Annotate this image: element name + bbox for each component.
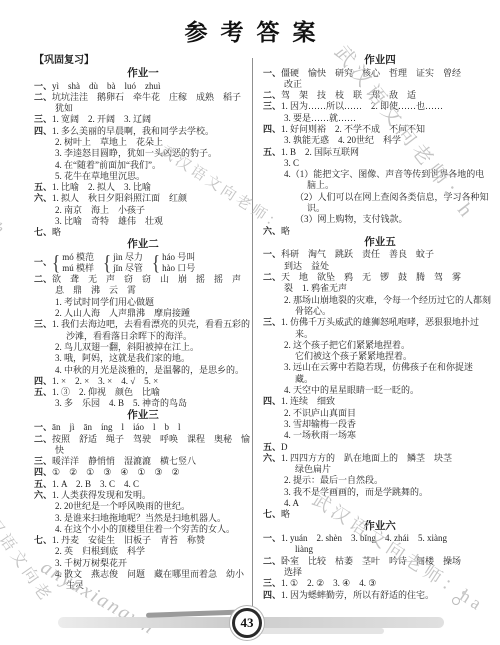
- answer-text: 按照 舒适 绳子 驾驶 呼唤 课程 奥秘 愉: [52, 434, 250, 444]
- answer-text: 裂 1. 鸦雀无声: [284, 283, 347, 293]
- answer-text: 2. 鸟儿双翅一翻，斜阳被掉在江上。: [55, 342, 199, 352]
- answer-text: 3. 哦，阿妈，这就是我们家的地。: [55, 353, 190, 363]
- answer-line: 2. 那场山崩地裂的灾难，令每一个经历过它的人都刻: [263, 295, 497, 306]
- answer-text: 4.（1）能把文字、图像、声音等传到世界各地的电: [284, 169, 484, 179]
- item-marker: 二、: [34, 434, 52, 444]
- brace-glyph: {: [103, 256, 111, 270]
- answer-line: 三、1. 仿佛千万头威武的雄狮怒吼咆哮，恶狠狠地扑过: [263, 317, 497, 328]
- answer-text: ān jì ān íng l iáo l b l: [52, 422, 181, 432]
- answer-text: 2. 南京 海上 小孩子: [55, 205, 145, 215]
- answer-text: liàng: [295, 544, 313, 554]
- answer-line: 生灵: [34, 580, 252, 591]
- answer-text: 1. 丹麦 安徒生 旧板子 青苔 称赞: [52, 535, 205, 545]
- answer-text: 1. 好问则裕 2. 不学不成 不问不知: [281, 124, 425, 134]
- answer-line: 绿色扁片: [263, 464, 497, 475]
- answer-line: （2）人们可以在网上查阅各类信息，学习各种知: [263, 192, 497, 203]
- answer-text: 到达 益处: [284, 261, 329, 271]
- answer-text: 改正: [284, 79, 302, 89]
- answer-line: 一、ān jì ān íng l iáo l b l: [34, 422, 252, 433]
- answer-text: 3. 要是……就……: [284, 113, 356, 123]
- answer-text: 1. ③ 2. 仰视 颜色 比喻: [52, 387, 160, 397]
- answer-line: 五、1. 比喻 2. 拟人 3. 比喻: [34, 182, 252, 193]
- answer-line: 三、暖洋洋 静悄悄 湿漉漉 横七竖八: [34, 456, 252, 467]
- answer-line: 2. 提示：最后一自然段。: [263, 475, 497, 486]
- item-marker: 四、: [34, 467, 52, 477]
- answer-line: 4. 中秋的月光是淡雅的，是温馨的，是思乡的。: [34, 365, 252, 376]
- answer-text: 4. 中秋的月光是淡雅的，是温馨的，是思乡的。: [55, 365, 244, 375]
- footer-dot-large: [452, 597, 460, 605]
- answer-text: 4. A: [284, 498, 299, 508]
- item-marker: 七、: [34, 535, 52, 545]
- answer-line: 2. 人山人海 人声鼎沸 摩肩接踵: [34, 308, 252, 319]
- answer-line: 3. 雪却输梅一段香: [263, 419, 497, 430]
- answer-text: 1. A 2. B 3. C 4. C: [52, 479, 139, 489]
- answer-text: 略: [281, 226, 290, 236]
- section-title: 作业六: [263, 521, 497, 534]
- item-marker: 一、: [34, 257, 52, 268]
- item-marker: 四、: [263, 124, 281, 134]
- answer-text: 3. C: [284, 158, 299, 168]
- answer-text: 1. 仿佛千万头威武的雄狮怒吼咆哮，恶狠狠地扑过: [281, 317, 479, 327]
- answer-line: 4. 在这个小小的顶楼里住着一个穷苦的女人。: [34, 524, 252, 535]
- answer-line: 3. 比喻 奇特 雄伟 壮观: [34, 216, 252, 227]
- item-marker: 一、: [263, 533, 281, 543]
- answer-text: 沙滩，看看落日余晖下的海洋。: [66, 331, 192, 341]
- item-marker: 二、: [263, 556, 281, 566]
- answer-line: 它们被这个孩子紧紧地捏着。: [263, 351, 497, 362]
- answer-line: 沙滩，看看落日余晖下的海洋。: [34, 331, 252, 342]
- answer-text: 3. 千树万树梨花开: [55, 558, 127, 568]
- answer-text: ① ② ① ③ ④ ① ③ ②: [52, 467, 180, 477]
- answer-line: 3. 千树万树梨花开: [34, 558, 252, 569]
- answer-line: 3. 哦，阿妈，这就是我们家的地。: [34, 353, 252, 364]
- item-marker: 三、: [263, 101, 281, 111]
- answer-text: 1. 比喻 2. 拟人 3. 比喻: [52, 182, 151, 192]
- answer-text: 2. 20世纪是一个呼风唤雨的世纪。: [55, 501, 190, 511]
- answer-line: 骨铭心。: [263, 306, 497, 317]
- answer-line: 4. 一场秋雨一场寒: [263, 430, 497, 441]
- answer-line: 六、1. 人类获得发现和发明。: [34, 490, 252, 501]
- answer-line: 1. 考试时同学们用心做题: [34, 297, 252, 308]
- answer-line: 二、欲 聋 无 声 窃 窃 山 崩 摇 摇 声: [34, 274, 252, 285]
- answer-line: 改正: [263, 79, 497, 90]
- pinyin-pair: {háo 号叫hào 口号: [152, 252, 195, 274]
- answer-text: 卧室 比较 枯萎 茎叶 吟诗 阁楼 操场: [281, 556, 461, 566]
- answer-line: 一、1. yuán 2. shèn 3. bǐng 4. zhái 5. xià…: [263, 533, 497, 544]
- answer-line: 4. A: [263, 498, 497, 509]
- answer-text: 2. 不识庐山真面目: [284, 408, 356, 418]
- answer-line: 二、天 地 欲坠 鸦 无 锣 鼓 腾 驾 雾: [263, 272, 497, 283]
- answer-line: 三、1. ① 2. ② 3. ④ 4. ③: [263, 578, 497, 589]
- item-marker: 三、: [263, 578, 281, 588]
- answer-text: 选择: [284, 567, 302, 577]
- answer-line: 三、1. 因为……所以…… 2. 即使……也……: [263, 101, 497, 112]
- item-marker: 六、: [263, 226, 281, 236]
- item-marker: 二、: [263, 272, 281, 282]
- answer-text: 3. 孰能无惑 4. 20世纪 科学: [284, 135, 401, 145]
- review-section-header: 【巩固复习】: [34, 55, 252, 67]
- answer-line: 七、略: [34, 227, 252, 238]
- answer-line: 四、1. 多么美丽的早晨啊，我和同学去学校。: [34, 126, 252, 137]
- answer-text: D: [281, 442, 288, 452]
- watermark-text: angwh: [0, 196, 8, 240]
- answer-line: 识。: [263, 203, 497, 214]
- answer-text: 2. 树叶上 草地上 花朵上: [55, 137, 163, 147]
- answer-text: 3. 比喻 奇特 雄伟 壮观: [55, 216, 163, 226]
- answer-line: 四、① ② ① ③ ④ ① ③ ②: [34, 467, 252, 478]
- answer-text: yì shà dù bà luó zhuì: [52, 81, 161, 91]
- answer-line: 快: [34, 445, 252, 456]
- section-title: 作业一: [34, 68, 252, 81]
- item-marker: 四、: [34, 126, 52, 136]
- answer-text: 1. yuán 2. shèn 3. bǐng 4. zhái 5. xiàng: [281, 533, 447, 543]
- answer-line: 五、1. ③ 2. 仰视 颜色 比喻: [34, 387, 252, 398]
- brace-glyph: {: [52, 256, 60, 270]
- answer-line: 三、1. 我们去海边吧，去看看漂亮的贝壳，看看五彩的: [34, 319, 252, 330]
- item-marker: 六、: [34, 193, 52, 203]
- item-marker: 五、: [34, 387, 52, 397]
- answer-text: 驾 架 技 枝 联 郑 敌 适: [281, 90, 416, 100]
- answer-line: 一、{mó 模范mú 模样{jìn 尽力jǐn 尽管{háo 号叫hào 口号: [34, 251, 252, 274]
- answer-text: 脑上。: [307, 180, 334, 190]
- answer-line: 五、1. B 2. 国际互联网: [263, 147, 497, 158]
- answer-text: 3. 雪却输梅一段香: [284, 419, 356, 429]
- item-marker: 二、: [263, 90, 281, 100]
- item-marker: 三、: [263, 317, 281, 327]
- answer-text: 3. 多 乐园 4. B 5. 神奇的鸟岛: [55, 398, 187, 408]
- section-title: 作业四: [263, 55, 497, 68]
- answer-line: 选择: [263, 567, 497, 578]
- answer-text: 略: [281, 509, 290, 519]
- answer-text: 1. 人类获得发现和发明。: [52, 490, 151, 500]
- answer-line: 3. 远山在云雾中若隐若现，仿佛孩子在和你捉迷: [263, 362, 497, 373]
- answer-line: 五、1. A 2. B 3. C 4. C: [34, 479, 252, 490]
- answer-text: 5. 花牛在草地里沉思。: [55, 171, 145, 181]
- answer-line: 2. 南京 海上 小孩子: [34, 205, 252, 216]
- answer-line: 七、略: [263, 509, 497, 520]
- item-marker: 三、: [34, 319, 52, 329]
- answer-text: 生灵: [66, 580, 84, 590]
- answer-text: 1. 我们去海边吧，去看看漂亮的贝壳，看看五彩的: [52, 319, 250, 329]
- left-column: 【巩固复习】 作业一一、yì shà dù bà luó zhuì二、坑坑洼洼 …: [34, 55, 252, 592]
- item-marker: 三、: [34, 456, 52, 466]
- answer-line: 2. 不识庐山真面目: [263, 408, 497, 419]
- answer-line: 二、坑坑洼洼 鹅卵石 牵牛花 庄稼 成熟 稻子: [34, 92, 252, 103]
- answer-text: 1. B 2. 国际互联网: [281, 147, 359, 157]
- answer-line: 犹如: [34, 103, 252, 114]
- answer-line: 一、僵硬 愉快 研究 核心 哲理 证实 曾经: [263, 68, 497, 79]
- answer-text: 4. 在这个小小的顶楼里住着一个穷苦的女人。: [55, 524, 235, 534]
- answer-text: 4. 天空中的星星眼睛一眨一眨的。: [284, 385, 419, 395]
- answer-text: 1. 考试时同学们用心做题: [55, 297, 154, 307]
- answer-line: 3. 要是……就……: [263, 113, 497, 124]
- answer-text: 2. 那场山崩地裂的灾难，令每一个经历过它的人都刻: [284, 295, 491, 305]
- answer-text: 4. 一场秋雨一场寒: [284, 430, 356, 440]
- answer-line: 4. 散文 燕志俊 问题 藏在哪里而着急 幼小: [34, 569, 252, 580]
- answer-text: （2）人们可以在网上查阅各类信息，学习各种知: [295, 192, 489, 202]
- answer-text: 欲 聋 无 声 窃 窃 山 崩 摇 摇 声: [52, 274, 241, 284]
- answer-line: 一、科研 淘气 跳跃 责任 善良 蚊子: [263, 249, 497, 260]
- section-title: 作业五: [263, 237, 497, 250]
- item-marker: 四、: [34, 376, 52, 386]
- item-marker: 一、: [263, 68, 281, 78]
- section-title: 作业三: [34, 410, 252, 423]
- answer-line: 3. 多 乐园 4. B 5. 神奇的鸟岛: [34, 398, 252, 409]
- answer-text: 1. 多么美丽的早晨啊，我和同学去学校。: [52, 126, 214, 136]
- answer-line: 3. 我不是学画画的，而是学跳舞的。: [263, 487, 497, 498]
- item-marker: 七、: [34, 227, 52, 237]
- item-marker: 六、: [34, 490, 52, 500]
- answer-text: 2. 这个孩子把它们紧紧地捏着。: [284, 340, 410, 350]
- answer-line: 4. 天空中的星星眼睛一眨一眨的。: [263, 385, 497, 396]
- answer-text: 3. 我不是学画画的，而是学跳舞的。: [284, 487, 428, 497]
- item-marker: 一、: [34, 81, 52, 91]
- footer-dot-small: [462, 591, 466, 595]
- answer-text: 1. 连续 细致: [281, 396, 335, 406]
- page-title: 参考答案: [0, 14, 500, 47]
- item-marker: 五、: [34, 182, 52, 192]
- answer-text: 1. 拟人 秋日夕阳斜照江面 红颜: [52, 193, 187, 203]
- answer-text: 3. 李逵怒目圆睁，犹如一头凶恶的豹子。: [55, 148, 217, 158]
- answer-line: 六、略: [263, 226, 497, 237]
- answer-line: 3. 孰能无惑 4. 20世纪 科学: [263, 135, 497, 146]
- answer-text: 它们被这个孩子紧紧地捏着。: [295, 351, 412, 361]
- answer-line: 三、1. 宽阔 2. 开阔 3. 辽阔: [34, 114, 252, 125]
- answer-line: 2. 20世纪是一个呼风唤雨的世纪。: [34, 501, 252, 512]
- answer-line: 二、按照 舒适 绳子 驾驶 呼唤 课程 奥秘 愉: [34, 434, 252, 445]
- answer-line: 四、1. 连续 细致: [263, 396, 497, 407]
- answer-text: 暖洋洋 静悄悄 湿漉漉 横七竖八: [52, 456, 196, 466]
- answer-text: 快: [55, 445, 64, 455]
- brace-glyph: {: [152, 256, 160, 270]
- answer-text: 1. ① 2. ② 3. ④ 4. ③: [281, 578, 376, 588]
- answer-line: 2. 英 归根到底 科学: [34, 546, 252, 557]
- right-column: 作业四一、僵硬 愉快 研究 核心 哲理 证实 曾经改正二、驾 架 技 枝 联 郑…: [263, 55, 497, 601]
- answer-text: 来。: [295, 329, 313, 339]
- answer-line: 4. 在“随着”前面加“我们”。: [34, 160, 252, 171]
- item-marker: 四、: [263, 590, 281, 600]
- answer-text: 识。: [307, 203, 325, 213]
- answer-text: 3. 远山在云雾中若隐若现，仿佛孩子在和你捉迷: [284, 362, 473, 372]
- answer-text: 科研 淘气 跳跃 责任 善良 蚊子: [281, 249, 434, 259]
- item-marker: 五、: [263, 147, 281, 157]
- answer-line: 四、1. × 2. × 3. × 4. √ 5. ×: [34, 376, 252, 387]
- item-marker: 一、: [263, 249, 281, 259]
- answer-text: 犹如: [55, 103, 73, 113]
- pinyin-pair: {jìn 尽力jǐn 尽管: [103, 252, 143, 274]
- answer-text: 1. 因为……所以…… 2. 即使……也……: [281, 101, 443, 111]
- answer-line: 五、D: [263, 442, 497, 453]
- answer-text: （3）网上购物，支付钱款。: [295, 214, 408, 224]
- answer-line: 二、驾 架 技 枝 联 郑 敌 适: [263, 90, 497, 101]
- answer-line: 5. 花牛在草地里沉思。: [34, 171, 252, 182]
- answer-line: 3. C: [263, 158, 497, 169]
- item-marker: 六、: [263, 453, 281, 463]
- answer-text: 绿色扁片: [295, 464, 331, 474]
- answer-text: 天 地 欲坠 鸦 无 锣 鼓 腾 驾 雾: [281, 272, 461, 282]
- answer-text: 4. 在“随着”前面加“我们”。: [55, 160, 161, 170]
- item-marker: 二、: [34, 92, 52, 102]
- answer-line: （3）网上购物，支付钱款。: [263, 214, 497, 225]
- answer-text: 藏。: [295, 374, 313, 384]
- answer-text: 坑坑洼洼 鹅卵石 牵牛花 庄稼 成熟 稻子: [52, 92, 241, 102]
- answer-text: 2. 提示：最后一自然段。: [284, 475, 383, 485]
- section-title: 作业二: [34, 239, 252, 252]
- answer-line: 七、1. 丹麦 安徒生 旧板子 青苔 称赞: [34, 535, 252, 546]
- answer-text: 略: [52, 227, 61, 237]
- item-marker: 二、: [34, 274, 52, 284]
- answer-line: 六、1. 四四方方的 趴在地面上的 鳞茎 块茎: [263, 453, 497, 464]
- answer-text: 1. 因为蟋蟀勤劳，所以有舒适的住宅。: [281, 590, 434, 600]
- answer-line: 3. 李逵怒目圆睁，犹如一头凶恶的豹子。: [34, 148, 252, 159]
- answer-line: 2. 鸟儿双翅一翻，斜阳被掉在江上。: [34, 342, 252, 353]
- answer-text: 1. × 2. × 3. × 4. √ 5. ×: [52, 376, 158, 386]
- answer-line: 六、1. 拟人 秋日夕阳斜照江面 红颜: [34, 193, 252, 204]
- left-column-sections: 作业一一、yì shà dù bà luó zhuì二、坑坑洼洼 鹅卵石 牵牛花…: [34, 68, 252, 592]
- answer-text: 息 鼎 沸 云 霄: [55, 285, 136, 295]
- answer-line: 到达 益处: [263, 261, 497, 272]
- answer-text: 2. 人山人海 人声鼎沸 摩肩接踵: [55, 308, 190, 318]
- page-number-badge: 43: [232, 608, 262, 638]
- answer-line: 脑上。: [263, 180, 497, 191]
- pinyin-pair: {mó 模范mú 模样: [52, 252, 94, 274]
- answer-line: 来。: [263, 329, 497, 340]
- answer-line: 4.（1）能把文字、图像、声音等传到世界各地的电: [263, 169, 497, 180]
- item-marker: 一、: [34, 422, 52, 432]
- answer-text: 3. 是谁来扫地拖地呢？当然是扫地机器人。: [55, 513, 226, 523]
- answer-line: 二、卧室 比较 枯萎 茎叶 吟诗 阁楼 操场: [263, 556, 497, 567]
- answer-line: 裂 1. 鸦雀无声: [263, 283, 497, 294]
- answer-line: 2. 这个孩子把它们紧紧地捏着。: [263, 340, 497, 351]
- answer-text: 1. 四四方方的 趴在地面上的 鳞茎 块茎: [281, 453, 452, 463]
- answer-key-page: 参考答案 【巩固复习】 作业一一、yì shà dù bà luó zhuì二、…: [0, 0, 500, 645]
- item-marker: 五、: [34, 479, 52, 489]
- answer-text: 4. 散文 燕志俊 问题 藏在哪里而着急 幼小: [55, 569, 244, 579]
- answer-line: liàng: [263, 544, 497, 555]
- item-marker: 五、: [263, 442, 281, 452]
- answer-line: 2. 树叶上 草地上 花朵上: [34, 137, 252, 148]
- answer-line: 四、1. 好问则裕 2. 不学不成 不问不知: [263, 124, 497, 135]
- item-marker: 七、: [263, 509, 281, 519]
- answer-line: 藏。: [263, 374, 497, 385]
- footer-ribbon-light: [256, 628, 384, 634]
- answer-text: 骨铭心。: [295, 306, 331, 316]
- item-marker: 四、: [263, 396, 281, 406]
- answer-line: 一、yì shà dù bà luó zhuì: [34, 81, 252, 92]
- answer-text: 2. 英 归根到底 科学: [55, 546, 145, 556]
- answer-line: 息 鼎 沸 云 霄: [34, 285, 252, 296]
- column-divider: [252, 58, 253, 608]
- answer-text: 1. 宽阔 2. 开阔 3. 辽阔: [52, 114, 151, 124]
- answer-line: 3. 是谁来扫地拖地呢？当然是扫地机器人。: [34, 513, 252, 524]
- answer-text: 僵硬 愉快 研究 核心 哲理 证实 曾经: [281, 68, 461, 78]
- item-marker: 三、: [34, 114, 52, 124]
- right-column-sections: 作业四一、僵硬 愉快 研究 核心 哲理 证实 曾经改正二、驾 架 技 枝 联 郑…: [263, 55, 497, 601]
